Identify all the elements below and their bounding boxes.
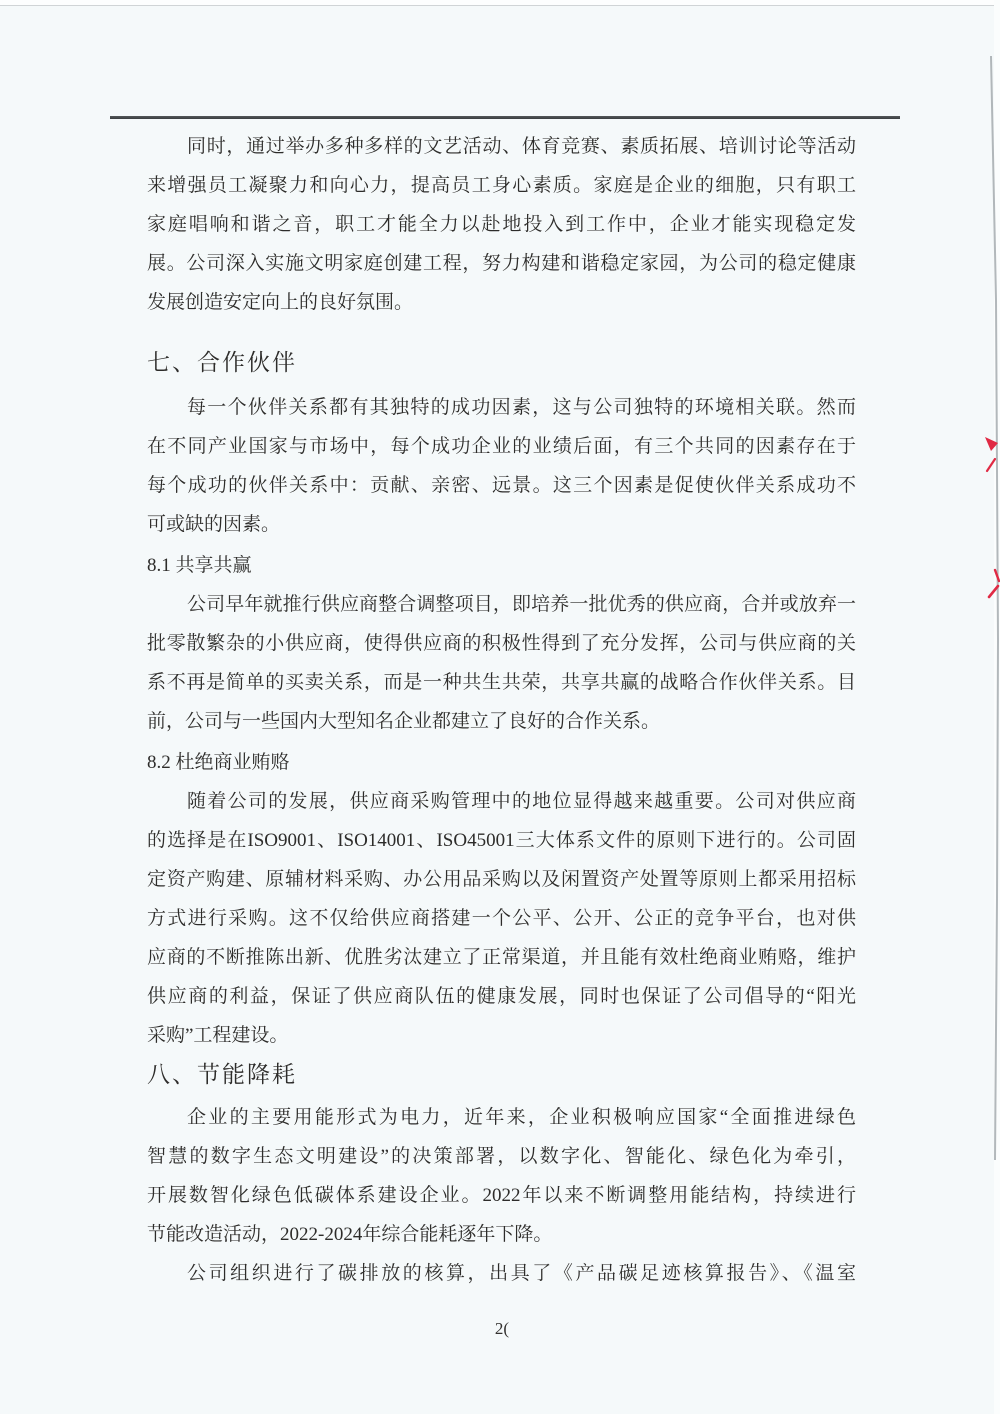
section-heading: 8.2 杜绝商业贿赂 <box>147 743 856 782</box>
scanned-document-page: 同时，通过举办多种多样的文艺活动、体育竞赛、素质拓展、培训讨论等活动来增强员工凝… <box>0 0 1000 1414</box>
text-line: 企业的主要用能形式为电力，近年来，企业积极响应国家“全面推进绿色 <box>147 1098 856 1137</box>
paragraph: 企业的主要用能形式为电力，近年来，企业积极响应国家“全面推进绿色智慧的数字生态文… <box>147 1098 856 1254</box>
heading-text: 8.2 杜绝商业贿赂 <box>147 743 856 782</box>
text-line: 智慧的数字生态文明建设”的决策部署，以数字化、智能化、绿色化为牵引， <box>147 1137 856 1176</box>
text-line: 每个成功的伙伴关系中：贡献、亲密、远景。这三个因素是促使伙伴关系成功不 <box>147 466 856 505</box>
section-heading: 八、节能降耗 <box>147 1055 856 1094</box>
scan-right-margin <box>994 0 1000 1414</box>
text-line: 批零散繁杂的小供应商，使得供应商的积极性得到了充分发挥，公司与供应商的关 <box>147 624 856 663</box>
page-number: 2( <box>480 1318 524 1340</box>
text-line: 开展数智化绿色低碳体系建设企业。2022年以来不断调整用能结构，持续进行 <box>147 1176 856 1215</box>
text-line: 应商的不断推陈出新、优胜劣汰建立了正常渠道，并且能有效杜绝商业贿赂，维护 <box>147 938 856 977</box>
scan-top-edge <box>0 0 1000 6</box>
text-line: 展。公司深入实施文明家庭创建工程，努力构建和谐稳定家园，为公司的稳定健康 <box>147 244 856 283</box>
heading-text: 8.1 共享共赢 <box>147 546 856 585</box>
text-line: 供应商的利益，保证了供应商队伍的健康发展，同时也保证了公司倡导的“阳光 <box>147 977 856 1016</box>
text-line: 可或缺的因素。 <box>147 505 856 544</box>
paragraph: 每一个伙伴关系都有其独特的成功因素，这与公司独特的环境相关联。然而在不同产业国家… <box>147 388 856 544</box>
header-rule <box>110 116 900 119</box>
heading-text: 八、节能降耗 <box>147 1055 856 1094</box>
text-line: 公司早年就推行供应商整合调整项目，即培养一批优秀的供应商，合并或放弃一 <box>147 585 856 624</box>
text-line: 随着公司的发展，供应商采购管理中的地位显得越来越重要。公司对供应商 <box>147 782 856 821</box>
text-line: 公司组织进行了碳排放的核算，出具了《产品碳足迹核算报告》、《温室 <box>147 1254 856 1293</box>
text-line: 前，公司与一些国内大型知名企业都建立了良好的合作关系。 <box>147 702 856 741</box>
text-line: 在不同产业国家与市场中，每个成功企业的业绩后面，有三个共同的因素存在于 <box>147 427 856 466</box>
text-line: 方式进行采购。这不仅给供应商搭建一个公平、公开、公正的竞争平台，也对供 <box>147 899 856 938</box>
paragraph: 随着公司的发展，供应商采购管理中的地位显得越来越重要。公司对供应商的选择是在IS… <box>147 782 856 1055</box>
section-heading: 8.1 共享共赢 <box>147 546 856 585</box>
text-line: 系不再是简单的买卖关系，而是一种共生共荣，共享共赢的战略合作伙伴关系。目 <box>147 663 856 702</box>
text-line: 来增强员工凝聚力和向心力，提高员工身心素质。家庭是企业的细胞，只有职工 <box>147 166 856 205</box>
document-content: 同时，通过举办多种多样的文艺活动、体育竞赛、素质拓展、培训讨论等活动来增强员工凝… <box>147 127 856 1293</box>
paragraph: 公司早年就推行供应商整合调整项目，即培养一批优秀的供应商，合并或放弃一批零散繁杂… <box>147 585 856 741</box>
paragraph: 公司组织进行了碳排放的核算，出具了《产品碳足迹核算报告》、《温室 <box>147 1254 856 1293</box>
section-heading: 七、合作伙伴 <box>147 343 856 382</box>
text-line: 发展创造安定向上的良好氛围。 <box>147 283 856 322</box>
text-line: 家庭唱响和谐之音，职工才能全力以赴地投入到工作中，企业才能实现稳定发 <box>147 205 856 244</box>
heading-text: 七、合作伙伴 <box>147 343 856 382</box>
text-line: 同时，通过举办多种多样的文艺活动、体育竞赛、素质拓展、培训讨论等活动 <box>147 127 856 166</box>
paragraph: 同时，通过举办多种多样的文艺活动、体育竞赛、素质拓展、培训讨论等活动来增强员工凝… <box>147 127 856 322</box>
text-line: 采购”工程建设。 <box>147 1016 856 1055</box>
text-line: 的选择是在ISO9001、ISO14001、ISO45001三大体系文件的原则下… <box>147 821 856 860</box>
text-line: 定资产购建、原辅材料采购、办公用品采购以及闲置资产处置等原则上都采用招标 <box>147 860 856 899</box>
text-line: 节能改造活动，2022-2024年综合能耗逐年下降。 <box>147 1215 856 1254</box>
text-line: 每一个伙伴关系都有其独特的成功因素，这与公司独特的环境相关联。然而 <box>147 388 856 427</box>
